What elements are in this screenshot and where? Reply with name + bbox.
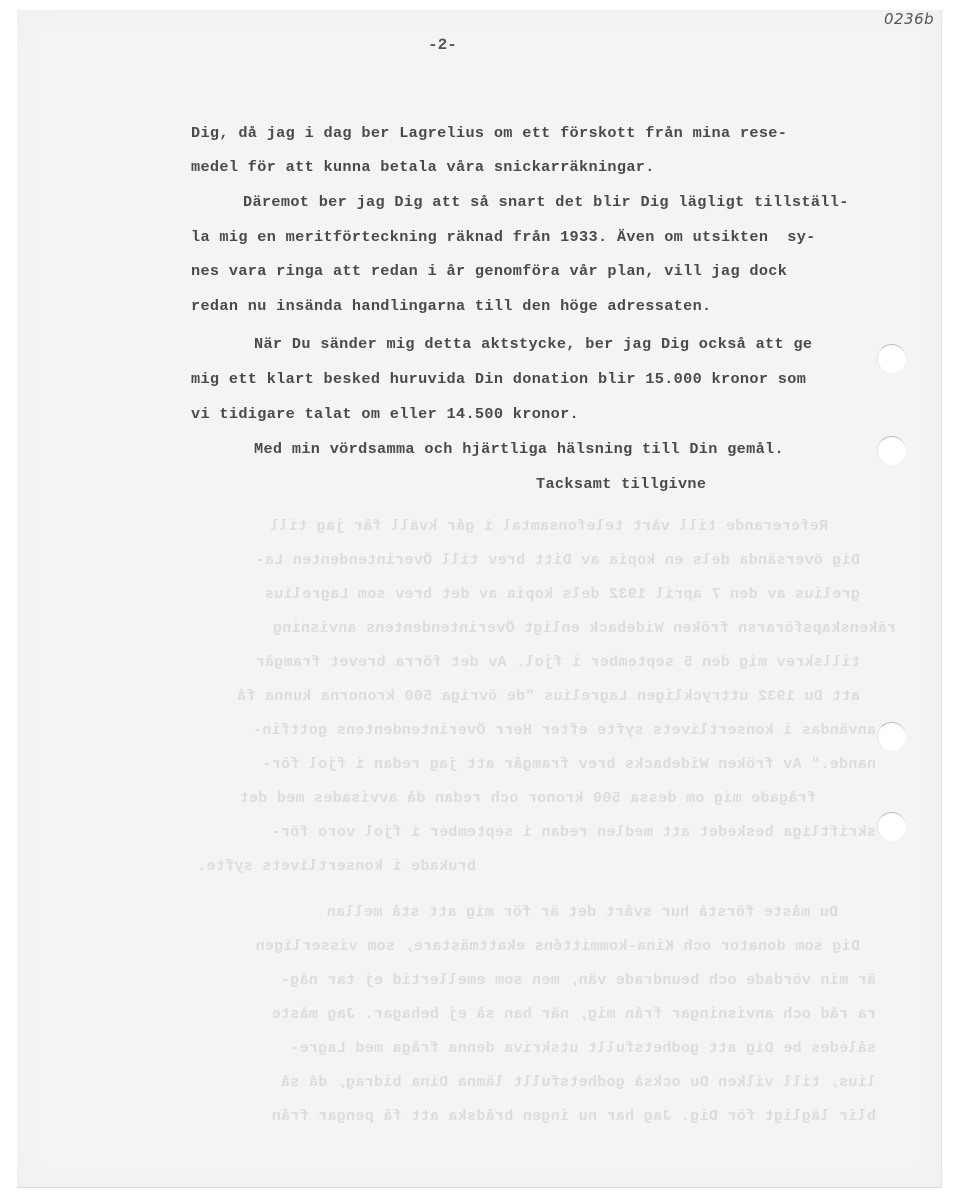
body-line: mig ett klart besked huruvida Din donati…: [191, 370, 806, 388]
body-line: redan nu insända handlingarna till den h…: [191, 297, 712, 315]
body-line: vi tidigare talat om eller 14.500 kronor…: [191, 405, 579, 423]
body-line: Dig, då jag i dag ber Lagrelius om ett f…: [191, 124, 787, 142]
body-line: När Du sänder mig detta aktstycke, ber j…: [254, 335, 812, 353]
page-number: -2-: [428, 36, 457, 54]
body-line: Däremot ber jag Dig att så snart det bli…: [243, 193, 849, 211]
punch-hole: [877, 344, 906, 373]
punch-hole: [877, 812, 906, 841]
punch-hole: [877, 722, 906, 751]
punch-hole: [877, 436, 906, 465]
body-line: nes vara ringa att redan i år genomföra …: [191, 262, 787, 280]
body-line: medel för att kunna betala våra snickarr…: [191, 158, 655, 176]
signature-closing: Tacksamt tillgivne: [536, 475, 706, 493]
closing-greeting: Med min vördsamma och hjärtliga hälsning…: [254, 440, 784, 458]
archive-number: 0236b: [884, 10, 934, 28]
body-line: la mig en meritförteckning räknad från 1…: [191, 228, 816, 246]
document-page: [17, 10, 942, 1188]
